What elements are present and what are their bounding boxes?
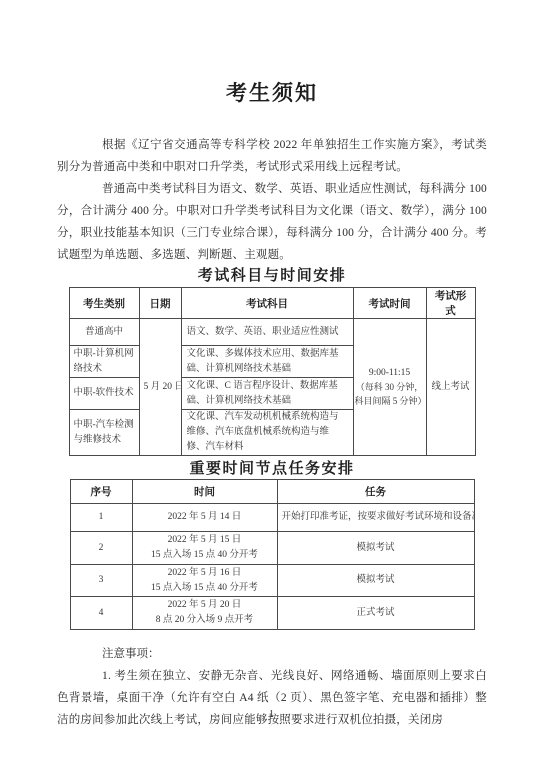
- category-cell: 中职-汽车检测与维修技术: [69, 410, 139, 456]
- time-entry: 15 点入场 15 点 40 分开考: [137, 581, 273, 596]
- task-cell: 开始打印准考证，按要求做好考试环境和设备准备: [277, 504, 474, 532]
- task-cell: 模拟考试: [277, 532, 474, 565]
- timeline-table-title: 重要时间节点任务安排: [57, 459, 487, 479]
- table-row: 1 2022 年 5 月 14 日 开始打印准考证，按要求做好考试环境和设备准备: [70, 504, 474, 532]
- exam-time-range: 9:00-11:15: [355, 366, 425, 380]
- header-time: 时间: [132, 480, 277, 504]
- time-date: 2022 年 5 月 15 日: [137, 533, 273, 548]
- exam-time-note-1: （每科 30 分钟，: [355, 380, 425, 394]
- table-row: 4 2022 年 5 月 20 日 8 点 20 分入场 9 点开考 正式考试: [70, 597, 474, 630]
- time-cell: 2022 年 5 月 15 日 15 点入场 15 点 40 分开考: [132, 532, 277, 565]
- exam-time-cell: 9:00-11:15 （每科 30 分钟， 科目间隔 5 分钟）: [353, 319, 426, 456]
- intro-paragraph-2: 普通高中类考试科目为语文、数学、英语、职业适应性测试，每科满分 100 分，合计…: [57, 178, 487, 266]
- category-cell: 中职-软件技术: [69, 378, 139, 410]
- serial-cell: 1: [70, 504, 132, 532]
- schedule-table: 考生类别 日期 考试科目 考试时间 考试形式 普通高中 5 月 20 日 语文、…: [69, 287, 476, 456]
- header-candidate-category: 考生类别: [69, 288, 139, 319]
- page-number: 1: [0, 709, 543, 720]
- schedule-header-row: 考生类别 日期 考试科目 考试时间 考试形式: [69, 288, 475, 319]
- category-cell: 中职-计算机网络技术: [69, 346, 139, 378]
- time-entry: 8 点 20 分入场 9 点开考: [137, 613, 273, 628]
- header-serial-number: 序号: [70, 480, 132, 504]
- time-cell: 2022 年 5 月 14 日: [132, 504, 277, 532]
- subjects-cell: 文化课、C 语言程序设计、数据库基础、计算机网络技术基础: [181, 378, 353, 410]
- header-exam-subjects: 考试科目: [181, 288, 353, 319]
- timeline-header-row: 序号 时间 任务: [70, 480, 474, 504]
- time-date: 2022 年 5 月 20 日: [137, 598, 273, 613]
- subjects-cell: 语文、数学、英语、职业适应性测试: [181, 319, 353, 346]
- serial-cell: 4: [70, 597, 132, 630]
- table-row: 普通高中 5 月 20 日 语文、数学、英语、职业适应性测试 9:00-11:1…: [69, 319, 475, 346]
- table-row: 3 2022 年 5 月 16 日 15 点入场 15 点 40 分开考 模拟考…: [70, 565, 474, 597]
- time-cell: 2022 年 5 月 20 日 8 点 20 分入场 9 点开考: [132, 597, 277, 630]
- task-cell: 正式考试: [277, 597, 474, 630]
- category-cell: 普通高中: [69, 319, 139, 346]
- header-exam-time: 考试时间: [353, 288, 426, 319]
- header-exam-format: 考试形式: [426, 288, 475, 319]
- schedule-table-title: 考试科目与时间安排: [57, 266, 487, 287]
- exam-time-note-2: 科目间隔 5 分钟）: [355, 394, 425, 408]
- time-entry: 15 点入场 15 点 40 分开考: [137, 548, 273, 563]
- time-cell: 2022 年 5 月 16 日 15 点入场 15 点 40 分开考: [132, 565, 277, 597]
- subjects-cell: 文化课、多媒体技术应用、数据库基础、计算机网络技术基础: [181, 346, 353, 378]
- table-row: 2 2022 年 5 月 15 日 15 点入场 15 点 40 分开考 模拟考…: [70, 532, 474, 565]
- notes-item-1: 1. 考生须在独立、安静无杂音、光线良好、网络通畅、墙面原则上要求白色背景墙，桌…: [57, 665, 487, 731]
- document-content: 考生须知 根据《辽宁省交通高等专科学校 2022 年单独招生工作实施方案》，考试…: [57, 0, 487, 731]
- time-date: 2022 年 5 月 14 日: [137, 510, 273, 525]
- timeline-table: 序号 时间 任务 1 2022 年 5 月 14 日 开始打印准考证，按要求做好…: [70, 479, 475, 630]
- header-date: 日期: [139, 288, 181, 319]
- header-task: 任务: [277, 480, 474, 504]
- serial-cell: 3: [70, 565, 132, 597]
- intro-paragraph-1: 根据《辽宁省交通高等专科学校 2022 年单独招生工作实施方案》，考试类别分为普…: [57, 134, 487, 178]
- time-date: 2022 年 5 月 16 日: [137, 566, 273, 581]
- exam-format-cell: 线上考试: [426, 319, 475, 456]
- notes-heading: 注意事项：: [57, 643, 487, 665]
- page-title: 考生须知: [57, 78, 487, 108]
- task-cell: 模拟考试: [277, 565, 474, 597]
- document-page: 考生须知 根据《辽宁省交通高等专科学校 2022 年单独招生工作实施方案》，考试…: [0, 0, 543, 768]
- serial-cell: 2: [70, 532, 132, 565]
- subjects-cell: 文化课、汽车发动机机械系统构造与维修、汽车底盘机械系统构造与维修、汽车材料: [181, 410, 353, 456]
- date-cell: 5 月 20 日: [139, 319, 181, 456]
